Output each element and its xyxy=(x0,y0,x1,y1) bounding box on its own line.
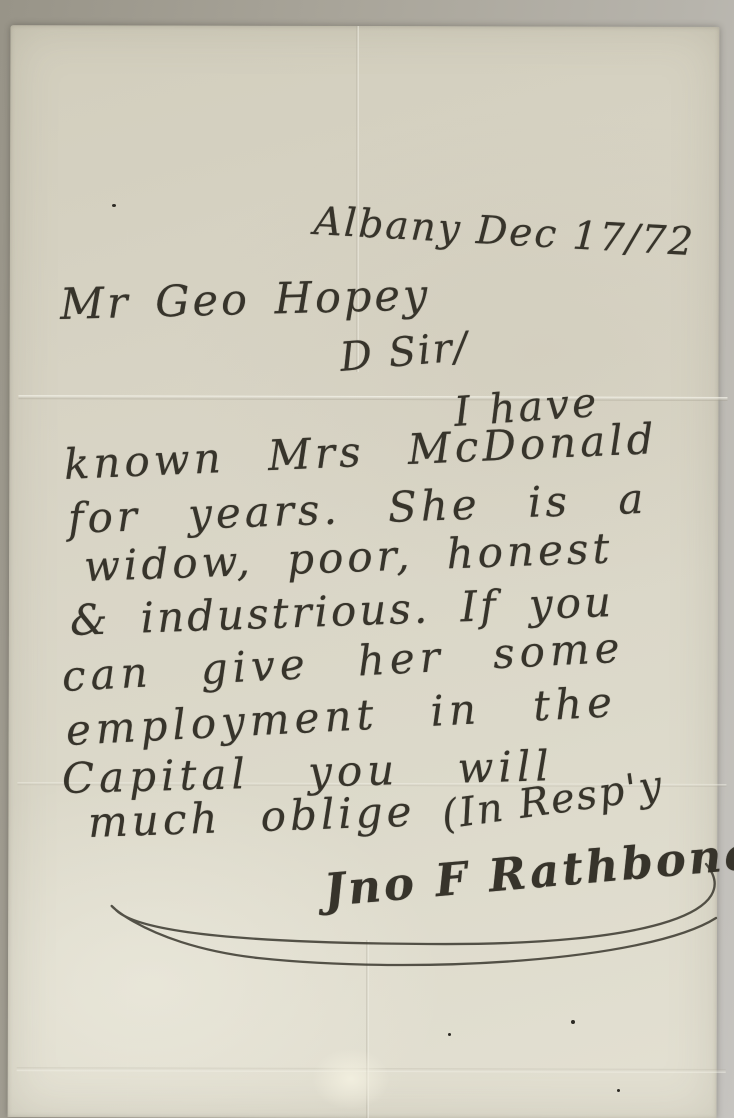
ink-speck xyxy=(112,204,116,207)
paper-damage-patch xyxy=(312,1048,390,1110)
ink-speck xyxy=(571,1020,575,1024)
fold-crease-horizontal-upper xyxy=(18,395,727,401)
recipient-line: Mr Geo Hopey xyxy=(59,274,430,327)
salutation-line: D Sir/ xyxy=(338,327,471,378)
letter-photo: Albany Dec 17/72 Mr Geo Hopey D Sir/ I h… xyxy=(0,0,734,1118)
body-line-9: much oblige xyxy=(87,791,416,844)
ink-speck xyxy=(617,1089,620,1092)
ink-speck xyxy=(448,1033,451,1036)
